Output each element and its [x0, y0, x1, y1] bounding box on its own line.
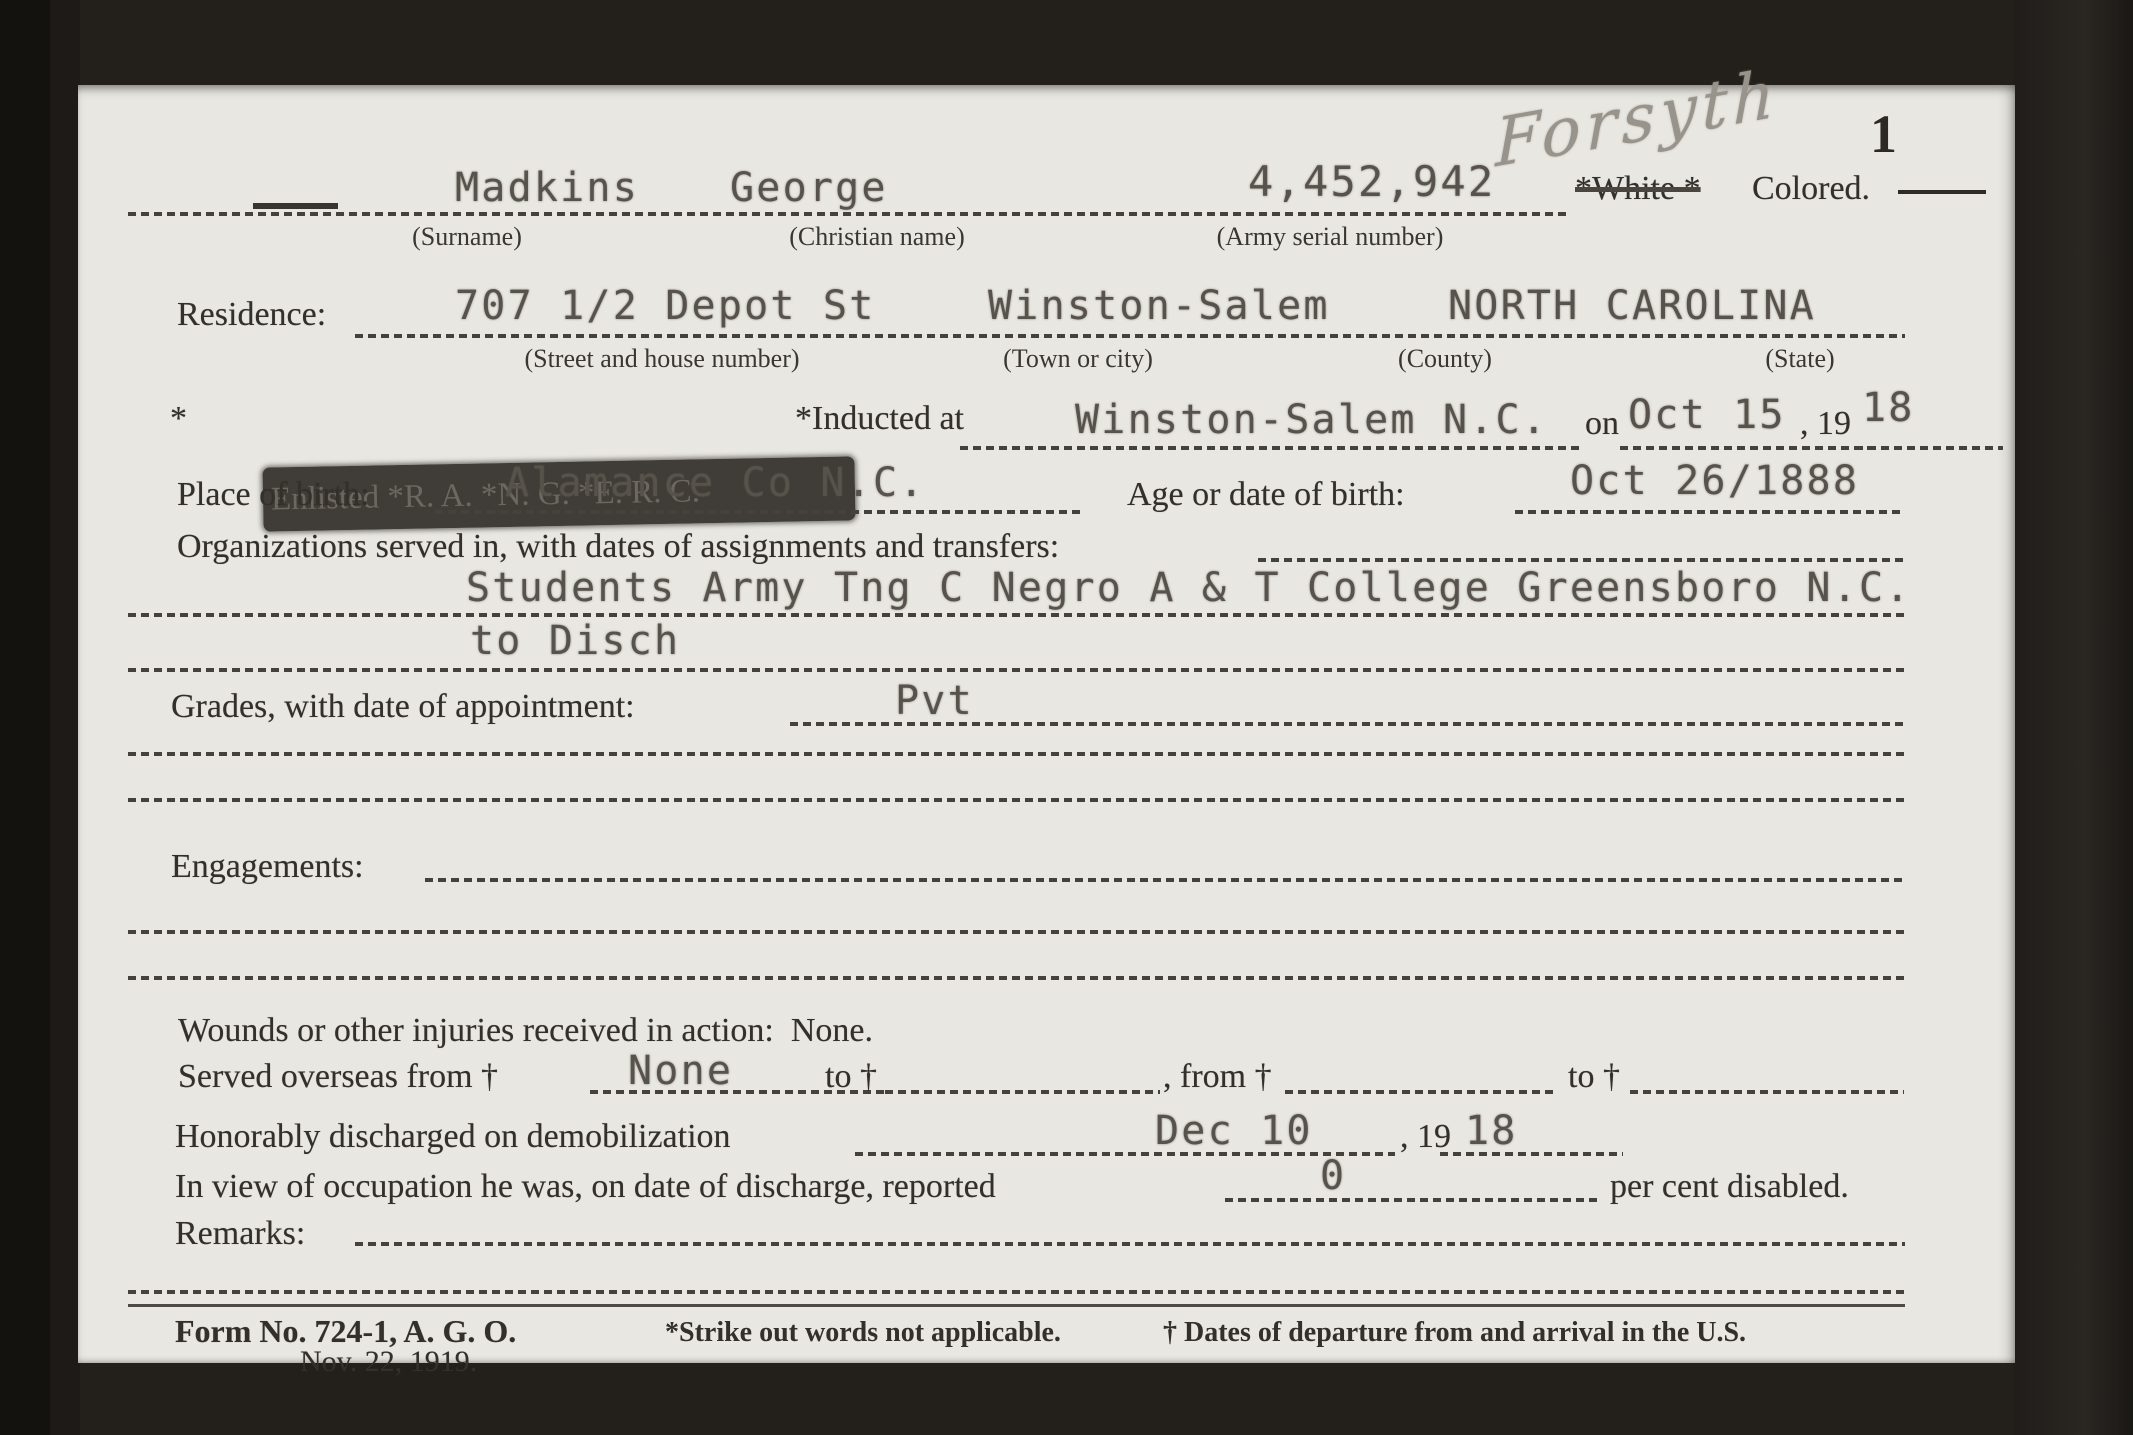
age-or-dob-label: Age or date of birth:	[1127, 476, 1405, 514]
organizations-line2-rule	[128, 668, 1905, 672]
discharge-date-value: Dec 10	[1155, 1108, 1313, 1154]
overseas-line-4	[1630, 1090, 1904, 1094]
inducted-on-label: on	[1585, 405, 1619, 443]
place-of-birth-label: Place of birth:	[177, 476, 370, 514]
overseas-to1-label: to †	[825, 1058, 877, 1096]
dob-line	[1515, 510, 1905, 514]
inducted-year-prefix: , 19	[1800, 405, 1851, 443]
service-record-card: Forsyth 1 Madkins George 4,452,942 *Whit…	[78, 85, 2015, 1363]
inducted-at-label: *Inducted at	[795, 400, 964, 438]
blank-rule-3	[128, 930, 1905, 934]
blank-rule-5	[128, 1290, 1905, 1294]
discharge-date-line	[855, 1152, 1395, 1156]
inducted-year-line	[1855, 446, 2003, 450]
grades-label: Grades, with date of appointment:	[171, 688, 635, 726]
scanned-service-card-screen: Forsyth 1 Madkins George 4,452,942 *Whit…	[0, 0, 2133, 1435]
wounds-label-text: Wounds or other injuries received in act…	[178, 1012, 774, 1049]
wounds-value: None.	[791, 1012, 873, 1049]
wounds-label: Wounds or other injuries received in act…	[178, 1012, 873, 1050]
registrar-dash-mark	[253, 203, 338, 209]
serial-number-label: (Army serial number)	[1217, 222, 1444, 252]
engagements-line	[425, 878, 1905, 882]
organizations-label-line	[1258, 558, 1905, 562]
footnote-strike-out: *Strike out words not applicable.	[665, 1317, 1061, 1349]
disability-value: 0	[1320, 1153, 1346, 1199]
discharge-year-value: 18	[1465, 1108, 1518, 1154]
surname-label: (Surname)	[412, 222, 522, 252]
blank-rule-2	[128, 798, 1905, 802]
overseas-line-2	[885, 1090, 1160, 1094]
overseas-from2-label: , from †	[1163, 1058, 1272, 1096]
serial-number-value: 4,452,942	[1248, 157, 1495, 206]
page-number: 1	[1870, 103, 1897, 165]
inducted-place-line	[960, 446, 1580, 450]
organizations-line1-value: Students Army Tng C Negro A & T College …	[466, 565, 1912, 611]
remarks-line	[355, 1242, 1905, 1246]
residence-row-line	[355, 334, 1905, 338]
street-label: (Street and house number)	[524, 344, 799, 374]
engagements-label: Engagements:	[171, 848, 364, 886]
inducted-date-line	[1620, 446, 1875, 450]
christian-name-value: George	[730, 165, 888, 211]
form-date: Nov. 22, 1919.	[300, 1345, 477, 1379]
overseas-to2-label: to †	[1568, 1058, 1620, 1096]
blank-rule-1	[128, 752, 1905, 756]
dob-value: Oct 26/1888	[1570, 458, 1859, 504]
residence-label: Residence:	[177, 296, 326, 334]
overseas-line-3	[1285, 1090, 1558, 1094]
county-handwritten-annotation: Forsyth	[1495, 54, 1779, 182]
organizations-label: Organizations served in, with dates of a…	[177, 528, 1059, 566]
blank-rule-4	[128, 976, 1905, 980]
disability-suffix: per cent disabled.	[1610, 1168, 1849, 1206]
page-number-rule	[1898, 190, 1986, 194]
residence-state-value: NORTH CAROLINA	[1448, 283, 1816, 329]
overseas-from1-label: Served overseas from †	[178, 1058, 498, 1096]
name-row-line	[128, 212, 1570, 216]
grades-value: Pvt	[895, 678, 974, 724]
discharge-label: Honorably discharged on demobilization	[175, 1118, 731, 1156]
disability-line	[1225, 1198, 1600, 1202]
disability-label: In view of occupation he was, on date of…	[175, 1168, 996, 1206]
county-label: (County)	[1398, 344, 1492, 374]
residence-town-value: Winston-Salem	[988, 283, 1330, 329]
discharge-year-prefix: , 19	[1400, 1118, 1451, 1156]
inducted-place-value: Winston-Salem N.C.	[1075, 397, 1548, 443]
closing-rule	[128, 1304, 1905, 1307]
residence-street-value: 707 1/2 Depot St	[455, 283, 876, 329]
inducted-date-value: Oct 15	[1628, 392, 1786, 438]
birth-place-value: Alamance Co N.C.	[505, 460, 926, 506]
surname-value: Madkins	[455, 165, 639, 211]
organizations-line1-rule	[128, 613, 1905, 617]
birth-place-line	[435, 510, 1085, 514]
christian-name-label: (Christian name)	[789, 222, 964, 252]
enlisted-asterisk: *	[170, 400, 187, 438]
race-option-colored: Colored.	[1752, 170, 1870, 208]
overseas-from1-value: None	[628, 1048, 733, 1094]
town-label: (Town or city)	[1003, 344, 1153, 374]
organizations-line2-value: to Disch	[470, 618, 680, 664]
footnote-dagger: † Dates of departure from and arrival in…	[1163, 1317, 1746, 1349]
remarks-label: Remarks:	[175, 1215, 305, 1253]
race-option-white-struck: *White *	[1575, 170, 1701, 208]
inducted-year-value: 18	[1862, 385, 1915, 431]
state-label: (State)	[1765, 344, 1834, 374]
